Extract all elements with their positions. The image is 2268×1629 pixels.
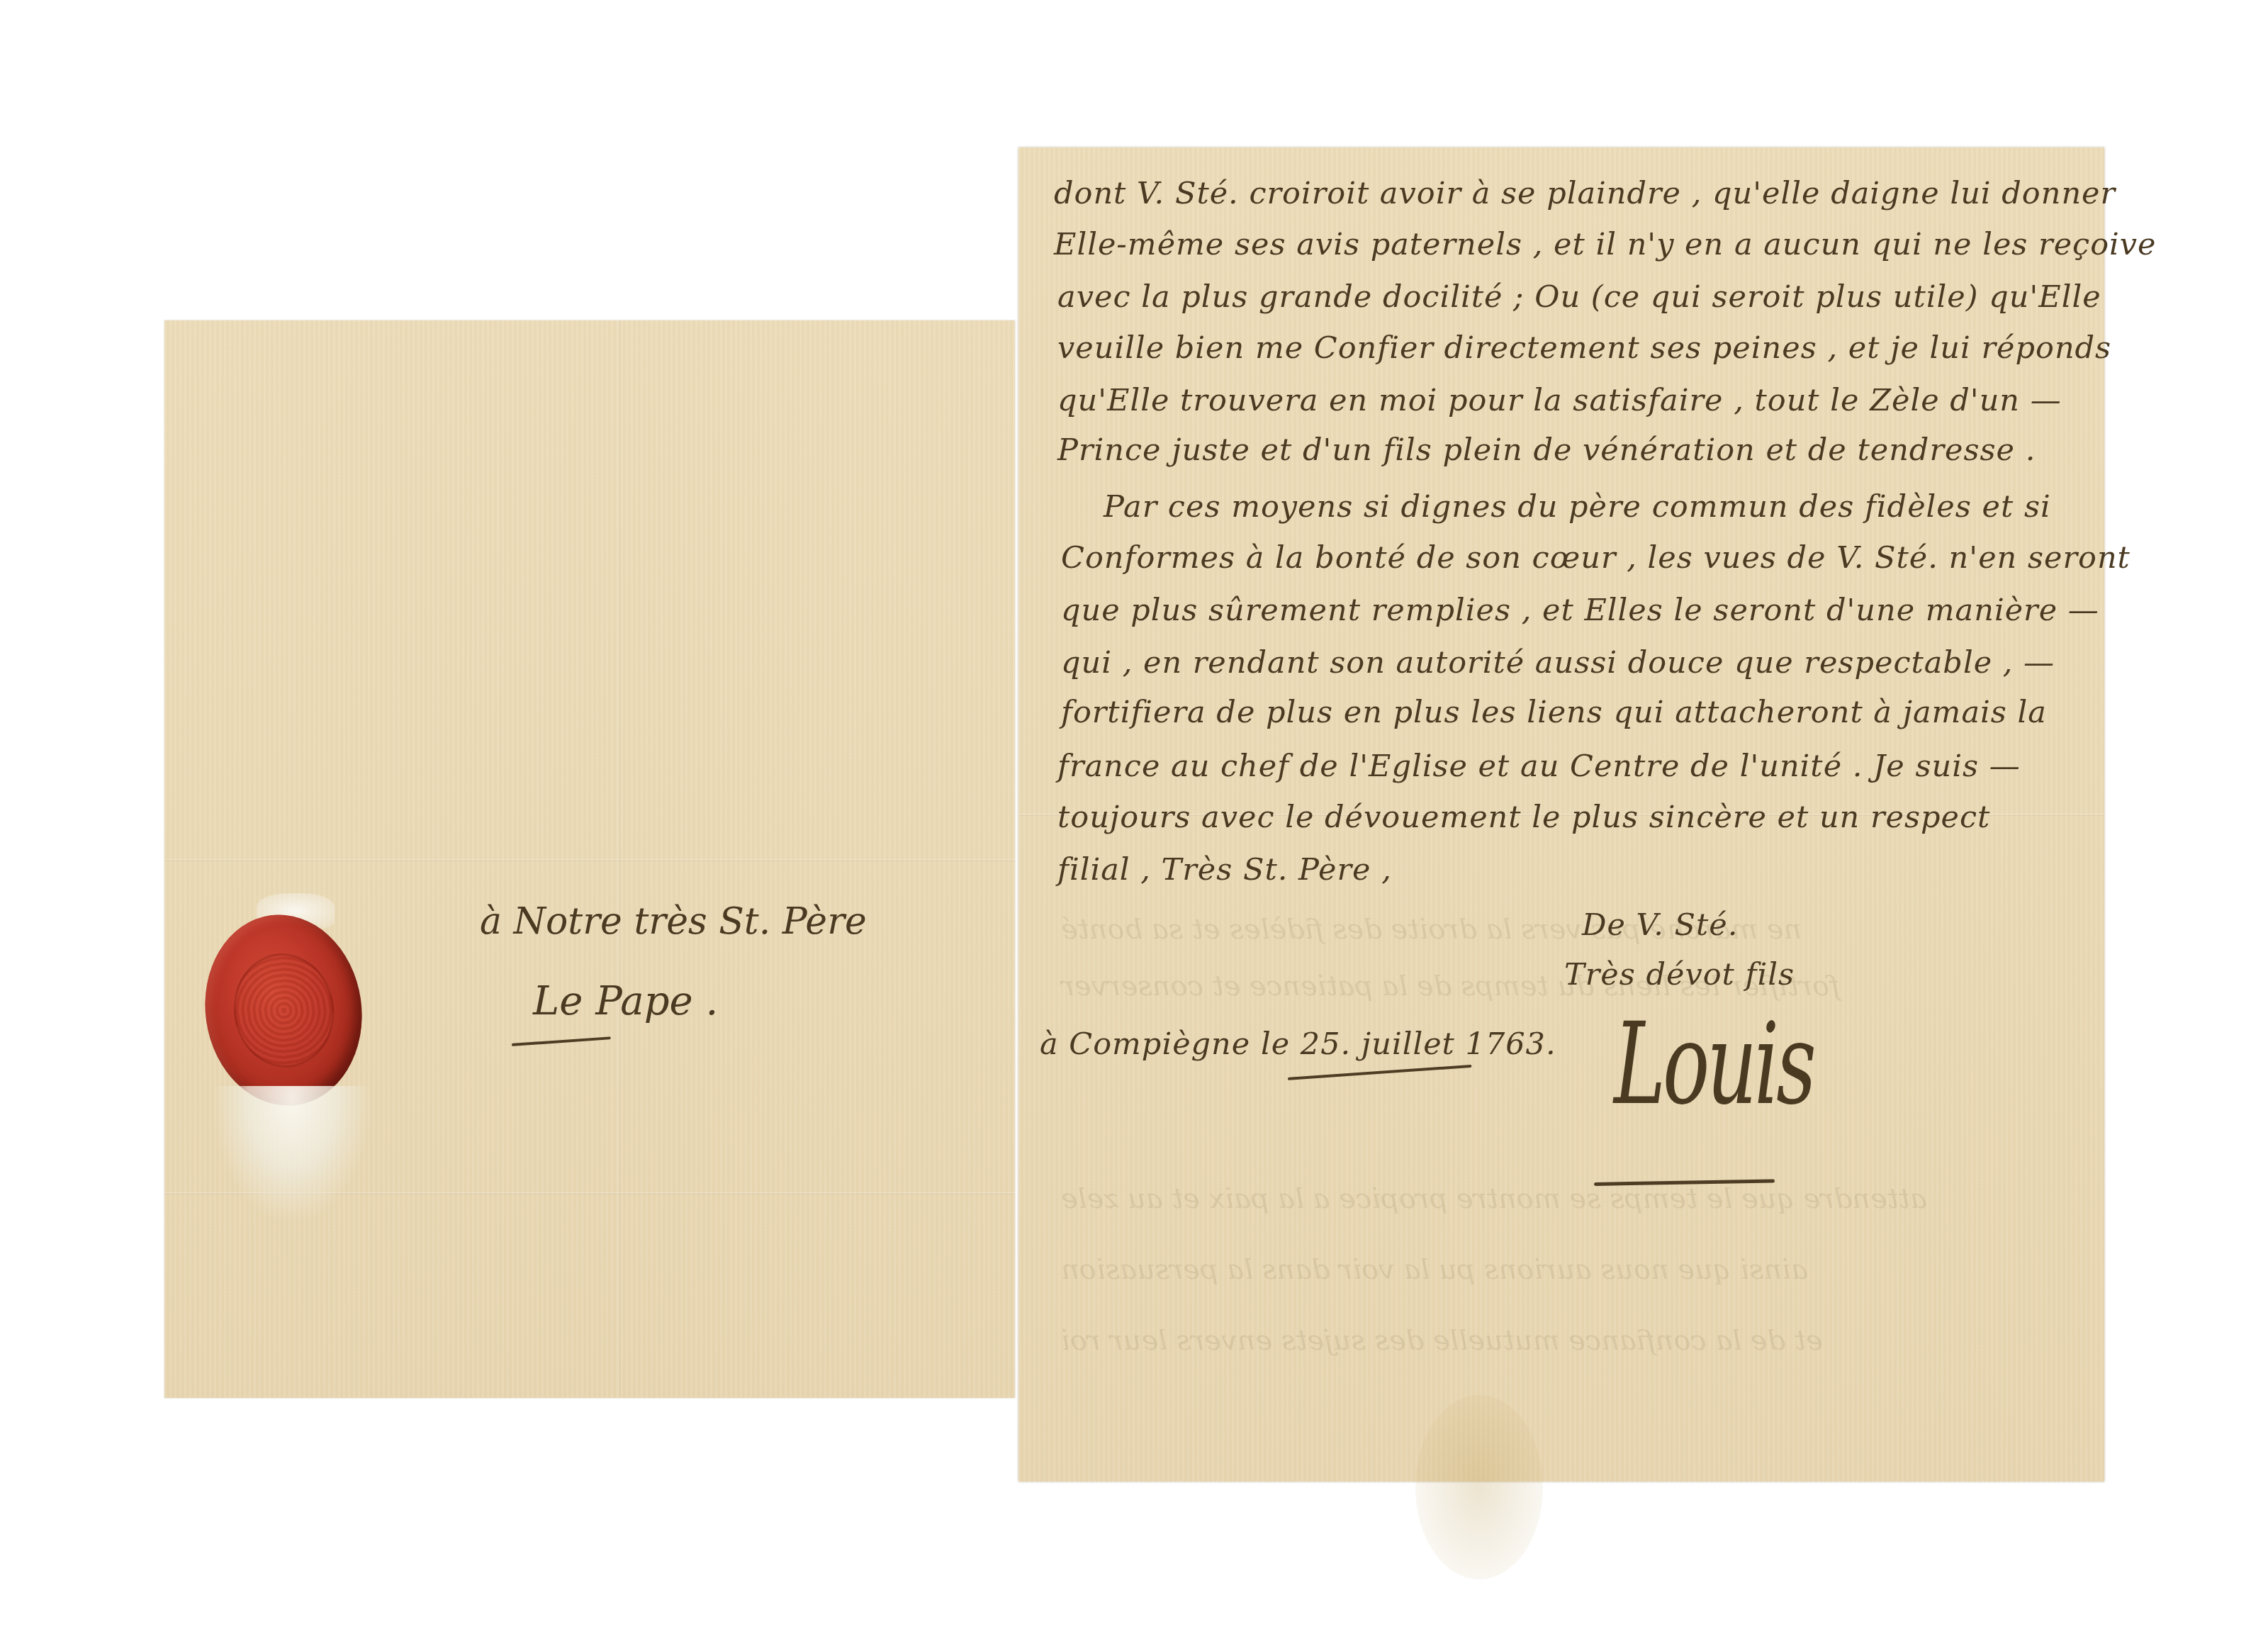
closing-line-1: De V. Sté. <box>1582 907 1738 943</box>
letter-body-line: filial , Très St. Père , <box>1057 852 1392 888</box>
closing-line-2: Très dévot fils <box>1564 957 1795 992</box>
fold-line <box>618 320 620 1398</box>
letter-body-line: que plus sûrement remplies , et Elles le… <box>1061 593 2099 628</box>
silk-ribbon-tassel <box>214 1086 370 1221</box>
letter-body-line: fortifiera de plus en plus les liens qui… <box>1061 695 2047 730</box>
date-underline <box>1288 1065 1472 1080</box>
bleed-through-text: attendre que le temps se montre propice … <box>1061 1182 1927 1215</box>
address-line-2: Le Pape . <box>533 978 718 1024</box>
signature-louis: Louis <box>1614 998 1814 1130</box>
address-line-1: à Notre très St. Père <box>480 900 867 943</box>
seal-impression <box>227 947 342 1074</box>
letter-body-line: Conformes à la bonté de son cœur , les v… <box>1061 540 2131 576</box>
letter-body-line: qui , en rendant son autorité aussi douc… <box>1061 645 2055 681</box>
letter-sheet: ne marche pas vers la droite des fidèles… <box>1018 147 2104 1482</box>
letter-body-line: veuille bien me Confier directement ses … <box>1057 330 2111 366</box>
letter-body-line: france au chef de l'Eglise et au Centre … <box>1057 749 2021 784</box>
bleed-through-text: ainsi que nous aurions pu la voir dans l… <box>1061 1253 1808 1286</box>
envelope-sheet: à Notre très St. Père Le Pape . <box>164 320 1015 1398</box>
paper-stain <box>1415 1395 1543 1579</box>
letter-body-line: avec la plus grande docilité ; Ou (ce qu… <box>1057 279 2101 315</box>
fold-line <box>164 859 1015 861</box>
bleed-through-text: et de la confiance mutuelle des sujets e… <box>1061 1324 1823 1357</box>
letter-body-line: qu'Elle trouvera en moi pour la satisfai… <box>1057 383 2062 418</box>
address-underline <box>512 1036 611 1046</box>
letter-body-line: toujours avec le dévouement le plus sinc… <box>1057 800 1990 835</box>
letter-body-line: Par ces moyens si dignes du père commun … <box>1104 489 2051 525</box>
letter-body-line: Elle-même ses avis paternels , et il n'y… <box>1054 227 2157 262</box>
letter-body-line: dont V. Sté. croiroit avoir à se plaindr… <box>1054 176 2116 211</box>
wax-seal-icon <box>193 905 374 1116</box>
letter-body-line: Prince juste et d'un fils plein de vénér… <box>1057 432 2036 468</box>
place-date: à Compiègne le 25. juillet 1763. <box>1040 1026 1556 1062</box>
